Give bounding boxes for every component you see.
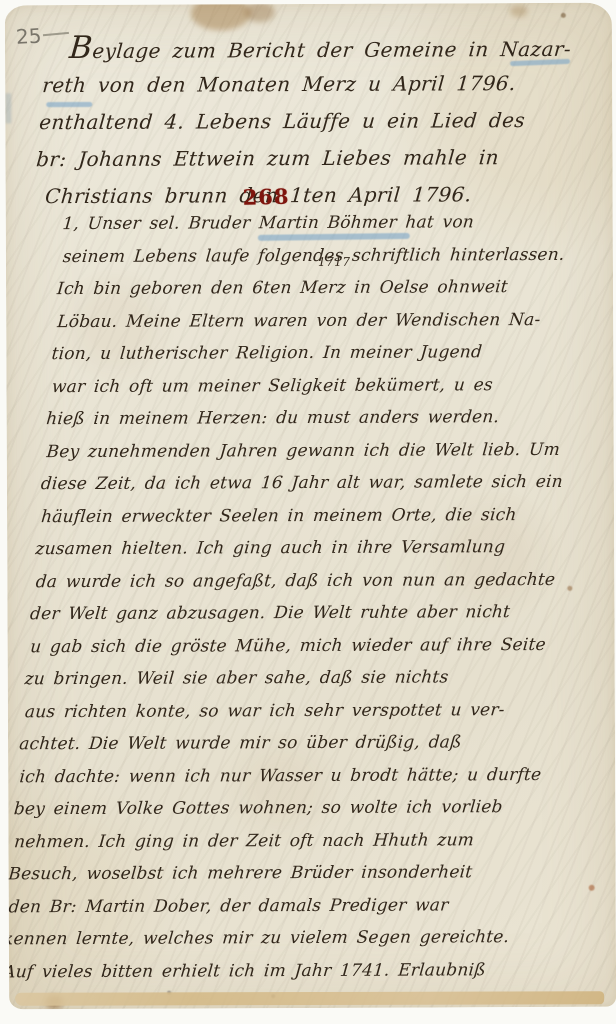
paper-stain [191,3,251,31]
blue-underline-reth [46,102,92,107]
manuscript-line: hieß in meinem Herzen: du must anders we… [45,401,616,436]
manuscript-line: zusamen hielten. Ich ging auch in ihre V… [34,531,616,566]
blue-margin-mark [5,93,11,123]
manuscript-line: den Br: Martin Dober, der damals Predige… [7,888,593,923]
manuscript-line: da wurde ich so angefaßt, daß ich von nu… [34,563,616,598]
paper-stain [245,3,275,23]
page-edge-band [15,991,604,1006]
manuscript-line: seinem Lebens laufe folgendes schriftlic… [61,238,616,273]
manuscript-line: tion, u lutherischer Religion. In meiner… [50,336,616,371]
manuscript-line: achtet. Die Welt wurde mir so über drüßi… [18,726,607,761]
manuscript-line: Ich bin geboren den 6ten Merz in Oelse o… [56,271,616,306]
archive-stamp-number: 268 [242,184,289,210]
manuscript-page: 25 Beylage zum Bericht der Gemeine in Na… [5,3,616,1010]
manuscript-line: Löbau. Meine Eltern waren von der Wendis… [56,303,616,338]
manuscript-line: bey einem Volke Gottes wohnen; so wolte … [12,791,601,826]
header-block: Beylage zum Bericht der Gemeine in Nazar… [32,28,616,216]
photo-background: 25 Beylage zum Bericht der Gemeine in Na… [0,0,616,1024]
manuscript-line: aus richten konte, so war ich sehr versp… [24,693,610,728]
header-line: reth von den Monaten Merz u April 1796. [41,65,614,105]
manuscript-line: Besuch, woselbst ich mehrere Brüder inso… [7,856,596,891]
manuscript-line: Bey zunehmenden Jahren gewann ich die We… [45,433,616,468]
manuscript-line: zu bringen. Weil sie aber sahe, daß sie … [23,661,612,696]
manuscript-line: häuflein erweckter Seelen in meinem Orte… [40,498,616,533]
manuscript-line: ich dachte: wenn ich nur Wasser u brodt … [18,758,604,793]
body-block: 1, Unser sel. Bruder Martin Böhmer hat v… [5,206,616,989]
header-line: br: Johanns Ettwein zum Liebes mahle in [35,139,608,179]
paper-stain [510,5,528,17]
header-line: enthaltend 4. Lebens Läuffe u ein Lied d… [38,102,611,142]
manuscript-line: kennen lernte, welches mir zu vielem Seg… [5,921,591,956]
folio-number-pencil: 25 [15,24,42,49]
manuscript-line: nehmen. Ich ging in der Zeit oft nach Hh… [13,823,599,858]
manuscript-line: u gab sich die gröste Mühe, mich wieder … [29,628,615,663]
manuscript-line: der Welt ganz abzusagen. Die Welt ruhte … [29,596,616,631]
manuscript-line: diese Zeit, da ich etwa 16 Jahr alt war,… [40,466,616,501]
foxing-spot [561,13,566,18]
manuscript-line: war ich oft um meiner Seligkeit bekümert… [51,368,616,403]
manuscript-line: Auf vieles bitten erhielt ich im Jahr 17… [5,953,588,988]
